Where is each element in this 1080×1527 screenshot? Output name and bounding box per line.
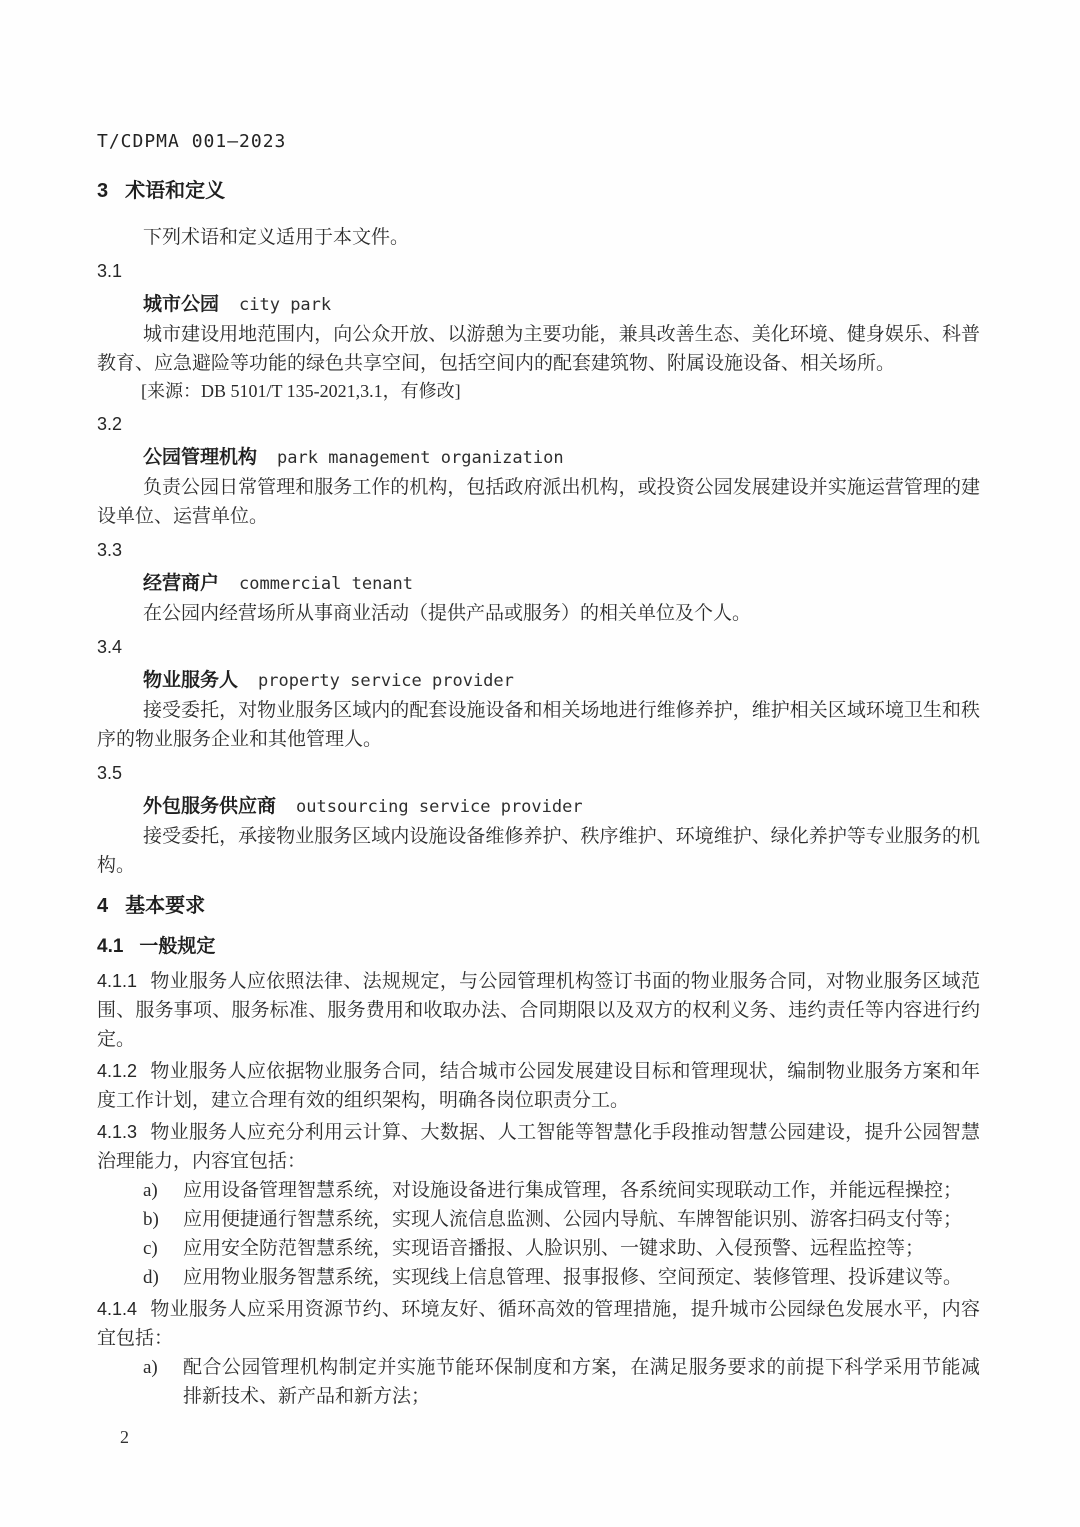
section-4-title: 基本要求 xyxy=(125,895,205,917)
list-item-a: a)配合公园管理机构制定并实施节能环保制度和方案，在满足服务要求的前提下科学采用… xyxy=(97,1353,980,1411)
list-item-d: d)应用物业服务智慧系统，实现线上信息管理、报事报修、空间预定、装修管理、投诉建… xyxy=(97,1263,980,1292)
list-item-text: 配合公园管理机构制定并实施节能环保制度和方案，在满足服务要求的前提下科学采用节能… xyxy=(183,1353,980,1411)
list-item-text: 应用设备管理智慧系统，对设施设备进行集成管理，各系统间实现联动工作，并能远程操控… xyxy=(183,1176,980,1205)
subsection-4-1-title: 一般规定 xyxy=(139,936,215,957)
term-name-zh: 城市公园 xyxy=(143,294,219,315)
clause-number: 4.1.1 xyxy=(97,971,137,991)
term-source-note: [来源：DB 5101/T 135-2021,3.1，有修改] xyxy=(97,378,980,405)
term-entry: 3.3 经营商户commercial tenant 在公园内经营场所从事商业活动… xyxy=(97,536,980,628)
clause-text: 物业服务人应采用资源节约、环境友好、循环高效的管理措施，提升城市公园绿色发展水平… xyxy=(97,1299,980,1349)
term-definition: 在公园内经营场所从事商业活动（提供产品或服务）的相关单位及个人。 xyxy=(97,599,980,628)
list-item-b: b)应用便捷通行智慧系统，实现人流信息监测、公园内导航、车牌智能识别、游客扫码支… xyxy=(97,1205,980,1234)
term-number: 3.2 xyxy=(97,410,980,439)
section-4-number: 4 xyxy=(97,895,108,917)
list-item-label: a) xyxy=(143,1176,183,1205)
clause-4-1-2: 4.1.2物业服务人应依据物业服务合同，结合城市公园发展建设目标和管理现状，编制… xyxy=(97,1057,980,1115)
clause-number: 4.1.2 xyxy=(97,1061,137,1081)
section-3-heading: 3术语和定义 xyxy=(97,177,980,206)
clause-4-1-1: 4.1.1物业服务人应依照法律、法规规定，与公园管理机构签订书面的物业服务合同，… xyxy=(97,967,980,1054)
list-item-text: 应用便捷通行智慧系统，实现人流信息监测、公园内导航、车牌智能识别、游客扫码支付等… xyxy=(183,1205,980,1234)
section-4-heading: 4基本要求 xyxy=(97,892,980,921)
term-number: 3.5 xyxy=(97,759,980,788)
list-item-c: c)应用安全防范智慧系统，实现语音播报、人脸识别、一键求助、入侵预警、远程监控等… xyxy=(97,1234,980,1263)
term-number: 3.1 xyxy=(97,257,980,286)
term-definition: 接受委托，对物业服务区域内的配套设施设备和相关场地进行维修养护，维护相关区域环境… xyxy=(97,696,980,754)
term-number: 3.3 xyxy=(97,536,980,565)
term-name-zh: 公园管理机构 xyxy=(143,447,257,468)
term-name: 公园管理机构park management organization xyxy=(143,443,980,473)
term-name-en: outsourcing service provider xyxy=(296,797,583,817)
clause-number: 4.1.4 xyxy=(97,1299,137,1319)
standard-code-header: T/CDPMA 001—2023 xyxy=(97,130,980,153)
term-name-en: city park xyxy=(239,295,331,315)
term-name: 经营商户commercial tenant xyxy=(143,569,980,599)
term-number: 3.4 xyxy=(97,633,980,662)
subsection-4-1-heading: 4.1一般规定 xyxy=(97,932,980,961)
term-name-en: park management organization xyxy=(277,448,564,468)
term-name: 物业服务人property service provider xyxy=(143,666,980,696)
terms-intro: 下列术语和定义适用于本文件。 xyxy=(97,223,980,252)
term-name: 外包服务供应商outsourcing service provider xyxy=(143,792,980,822)
term-definition: 城市建设用地范围内，向公众开放、以游憩为主要功能，兼具改善生态、美化环境、健身娱… xyxy=(97,320,980,378)
clause-number: 4.1.3 xyxy=(97,1122,137,1142)
section-3-number: 3 xyxy=(97,180,108,202)
document-page: T/CDPMA 001—2023 3术语和定义 下列术语和定义适用于本文件。 3… xyxy=(0,0,1080,1527)
term-name-zh: 物业服务人 xyxy=(143,670,238,691)
list-item-text: 应用物业服务智慧系统，实现线上信息管理、报事报修、空间预定、装修管理、投诉建议等… xyxy=(183,1263,980,1292)
page-number: 2 xyxy=(97,1423,980,1452)
subsection-4-1-number: 4.1 xyxy=(97,936,123,957)
term-name-en: commercial tenant xyxy=(239,574,413,594)
term-name-zh: 外包服务供应商 xyxy=(143,796,276,817)
list-item-label: d) xyxy=(143,1263,183,1292)
clause-text: 物业服务人应依照法律、法规规定，与公园管理机构签订书面的物业服务合同，对物业服务… xyxy=(97,971,980,1050)
clause-text: 物业服务人应依据物业服务合同，结合城市公园发展建设目标和管理现状，编制物业服务方… xyxy=(97,1061,980,1111)
list-item-label: c) xyxy=(143,1234,183,1263)
list-item-label: a) xyxy=(143,1353,183,1411)
clause-4-1-3: 4.1.3物业服务人应充分利用云计算、大数据、人工智能等智慧化手段推动智慧公园建… xyxy=(97,1118,980,1176)
term-name-zh: 经营商户 xyxy=(143,573,219,594)
clause-4-1-4-list: a)配合公园管理机构制定并实施节能环保制度和方案，在满足服务要求的前提下科学采用… xyxy=(97,1353,980,1411)
list-item-a: a)应用设备管理智慧系统，对设施设备进行集成管理，各系统间实现联动工作，并能远程… xyxy=(97,1176,980,1205)
term-definition: 接受委托，承接物业服务区域内设施设备维修养护、秩序维护、环境维护、绿化养护等专业… xyxy=(97,822,980,880)
clause-4-1-3-list: a)应用设备管理智慧系统，对设施设备进行集成管理，各系统间实现联动工作，并能远程… xyxy=(97,1176,980,1292)
list-item-text: 应用安全防范智慧系统，实现语音播报、人脸识别、一键求助、入侵预警、远程监控等； xyxy=(183,1234,980,1263)
term-entry: 3.5 外包服务供应商outsourcing service provider … xyxy=(97,759,980,880)
clause-4-1-4: 4.1.4物业服务人应采用资源节约、环境友好、循环高效的管理措施，提升城市公园绿… xyxy=(97,1295,980,1353)
term-name-en: property service provider xyxy=(258,671,514,691)
list-item-label: b) xyxy=(143,1205,183,1234)
term-entry: 3.2 公园管理机构park management organization 负… xyxy=(97,410,980,531)
term-entry: 3.4 物业服务人property service provider 接受委托，… xyxy=(97,633,980,754)
term-name: 城市公园city park xyxy=(143,290,980,320)
clause-text: 物业服务人应充分利用云计算、大数据、人工智能等智慧化手段推动智慧公园建设，提升公… xyxy=(97,1122,980,1172)
term-definition: 负责公园日常管理和服务工作的机构，包括政府派出机构，或投资公园发展建设并实施运营… xyxy=(97,473,980,531)
section-3-title: 术语和定义 xyxy=(125,180,225,202)
term-entry: 3.1 城市公园city park 城市建设用地范围内，向公众开放、以游憩为主要… xyxy=(97,257,980,405)
